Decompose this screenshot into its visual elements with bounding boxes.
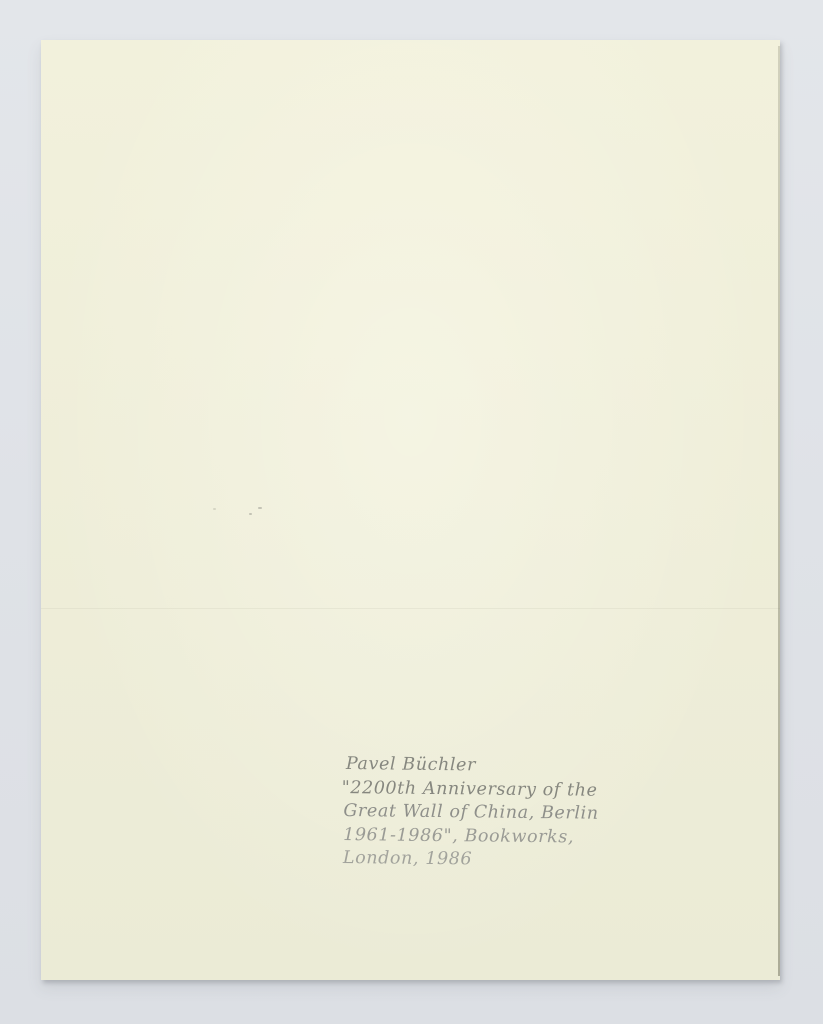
inscription-artist: Pavel Büchler	[346, 753, 600, 779]
inscription-title-line-1: "2200th Anniversary of the	[342, 776, 600, 802]
inscription-publisher: 1961-1986", Bookworks,	[343, 824, 599, 850]
paper-speck	[213, 508, 216, 510]
paper-speck	[249, 513, 252, 515]
paper-speck	[258, 507, 262, 509]
paper-fold-line	[41, 608, 780, 609]
paper-sheet: Pavel Büchler "2200th Anniversary of the…	[41, 40, 780, 980]
inscription-place-date: London, 1986	[343, 847, 599, 873]
inscription-title-line-2: Great Wall of China, Berlin	[343, 800, 599, 826]
pencil-inscription: Pavel Büchler "2200th Anniversary of the…	[341, 753, 600, 873]
